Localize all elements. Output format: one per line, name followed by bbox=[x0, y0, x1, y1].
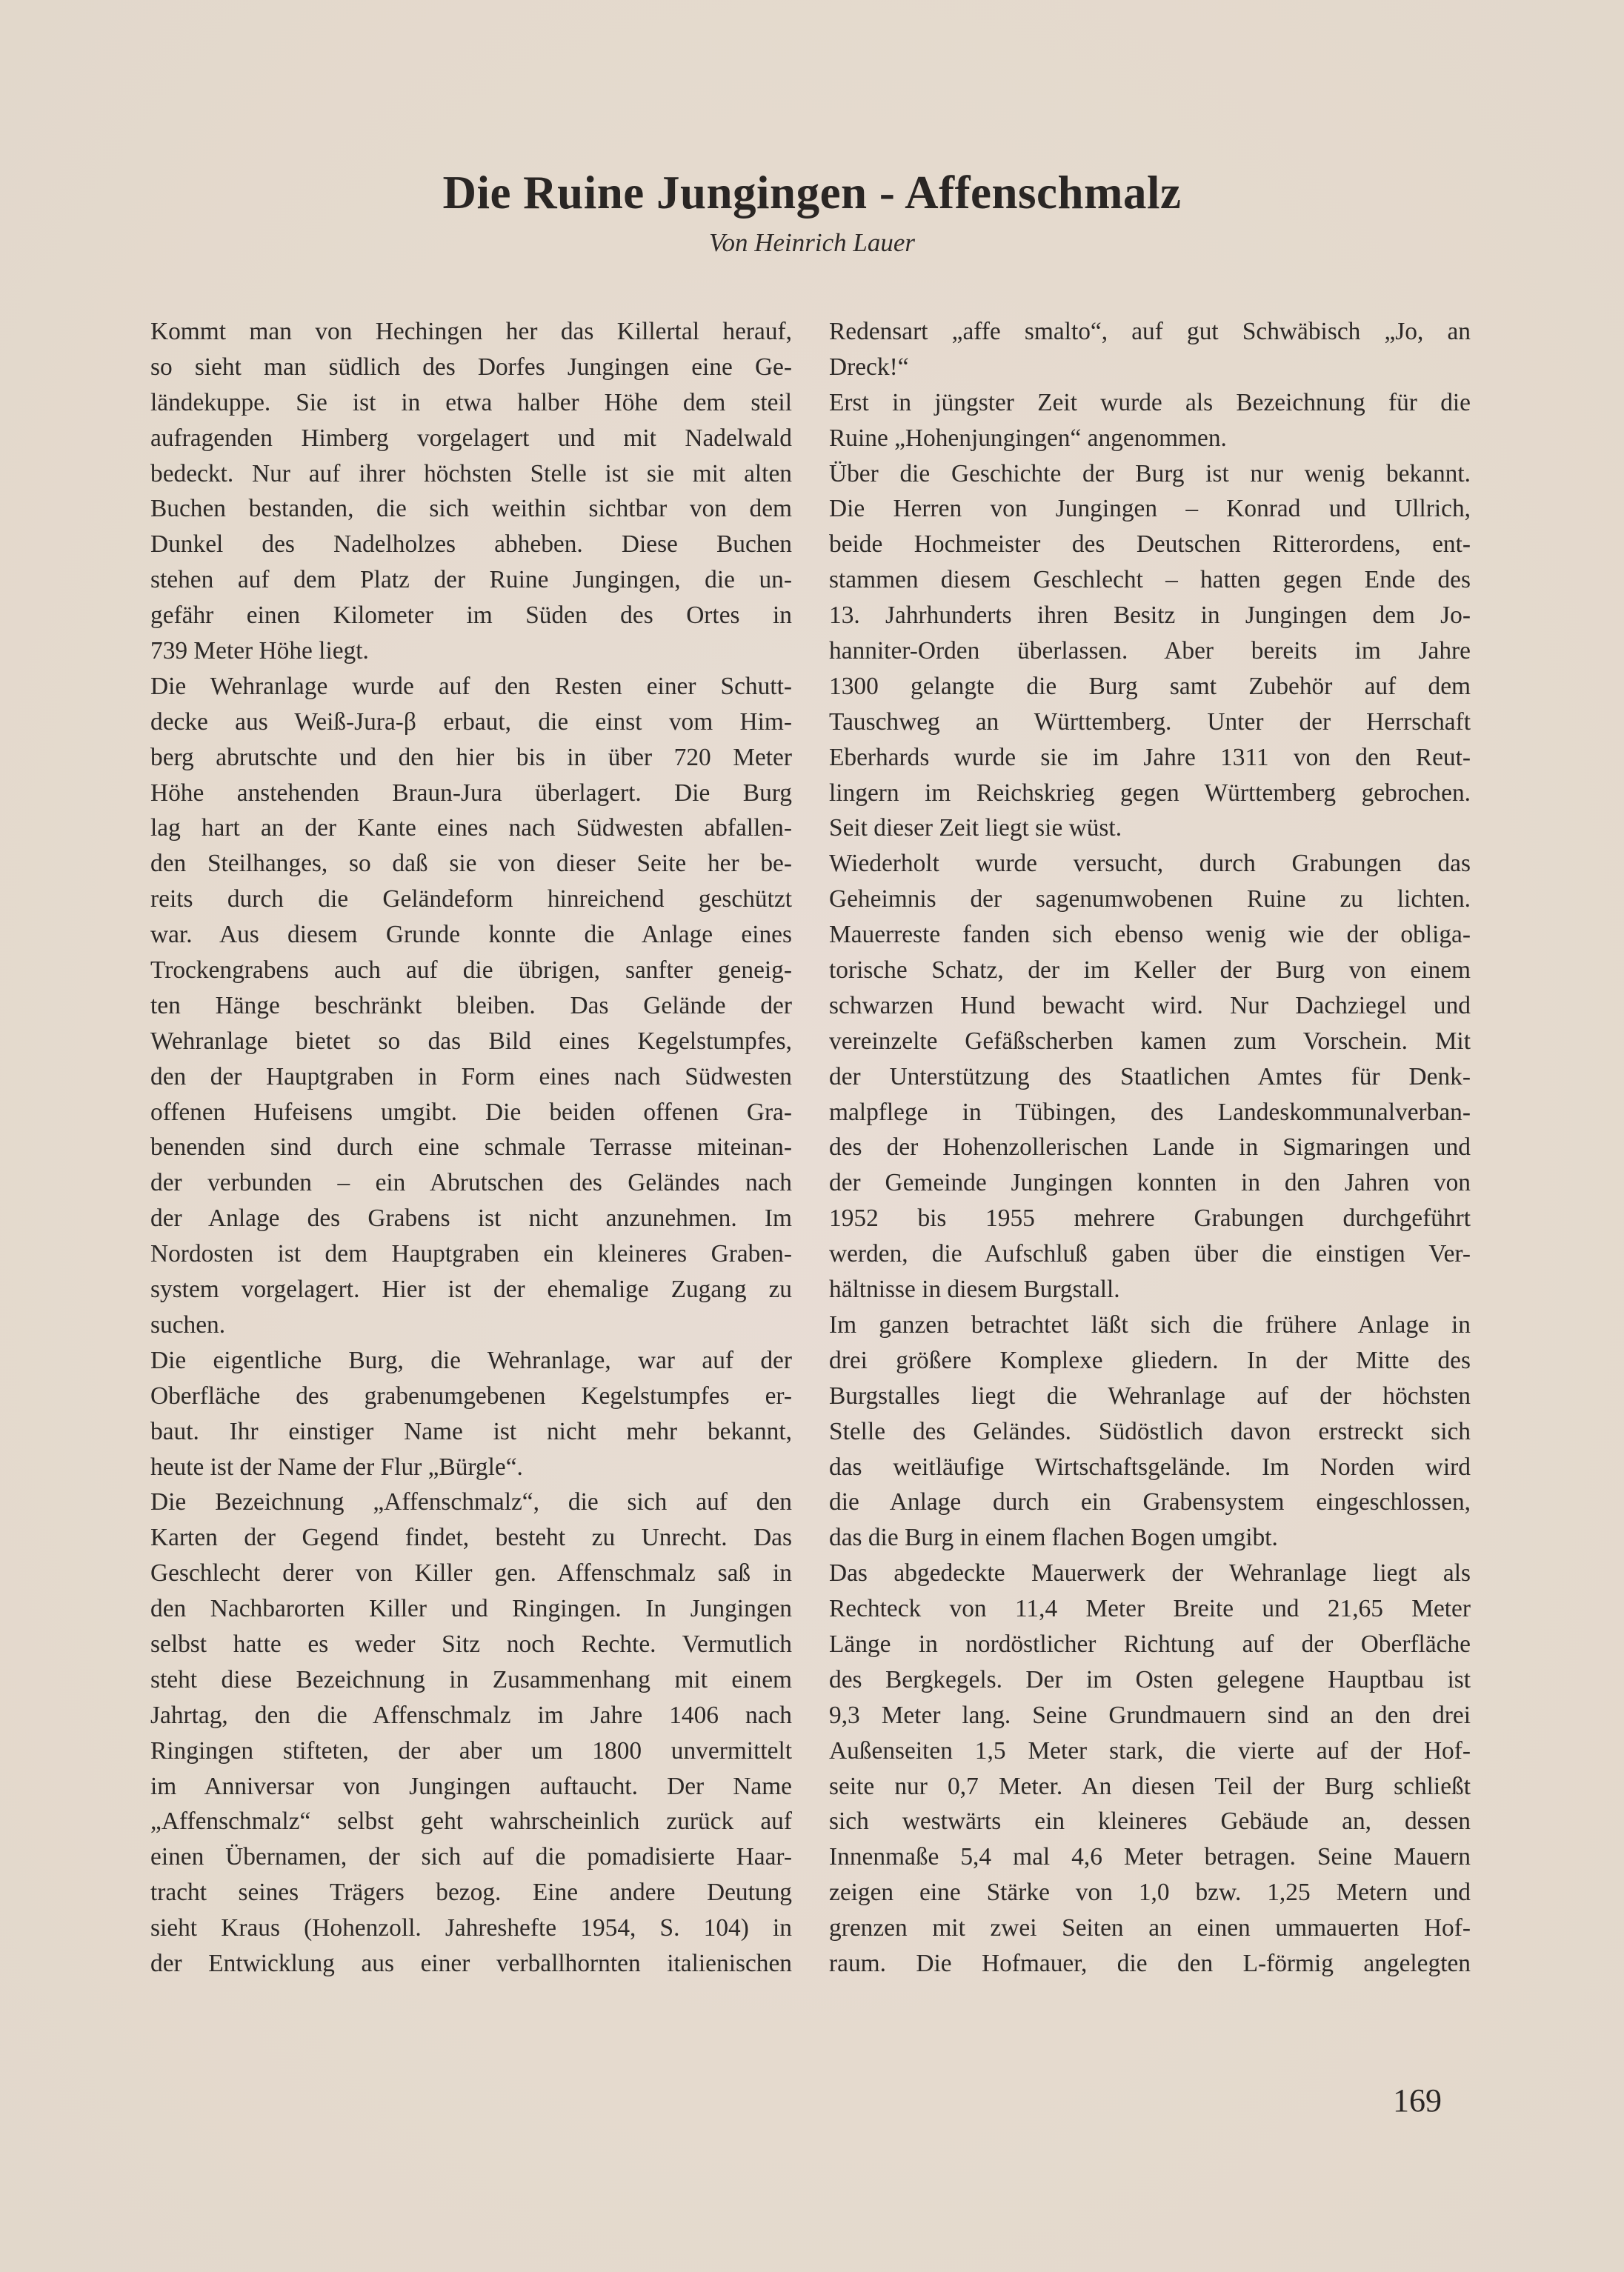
text-line: so sieht man südlich des Dorfes Junginge… bbox=[150, 350, 792, 385]
text-line: Wehranlage bietet so das Bild eines Kege… bbox=[150, 1024, 792, 1059]
text-line: raum. Die Hofmauer, die den L-förmig ang… bbox=[829, 1946, 1471, 1982]
text-column-left: Kommt man von Hechingen her das Killerta… bbox=[150, 314, 792, 1982]
text-line: Jahrtag, den die Affenschmalz im Jahre 1… bbox=[150, 1698, 792, 1733]
text-line: 739 Meter Höhe liegt. bbox=[150, 633, 792, 669]
text-line: Ruine „Hohenjungingen“ angenommen. bbox=[829, 421, 1471, 456]
text-line: Im ganzen betrachtet läßt sich die frühe… bbox=[829, 1307, 1471, 1343]
text-line: Innenmaße 5,4 mal 4,6 Meter betragen. Se… bbox=[829, 1839, 1471, 1875]
text-line: werden, die Aufschluß gaben über die ein… bbox=[829, 1236, 1471, 1272]
text-line: lingern im Reichskrieg gegen Württemberg… bbox=[829, 776, 1471, 811]
text-line: torische Schatz, der im Keller der Burg … bbox=[829, 953, 1471, 988]
text-line: Oberfläche des grabenumgebenen Kegelstum… bbox=[150, 1379, 792, 1414]
text-line: lag hart an der Kante eines nach Südwest… bbox=[150, 810, 792, 846]
text-line: Höhe anstehenden Braun-Jura überlagert. … bbox=[150, 776, 792, 811]
text-line: Wiederholt wurde versucht, durch Grabung… bbox=[829, 846, 1471, 882]
text-line: sieht Kraus (Hohenzoll. Jahreshefte 1954… bbox=[150, 1910, 792, 1946]
text-line: berg abrutschte und den hier bis in über… bbox=[150, 740, 792, 776]
text-line: das die Burg in einem flachen Bogen umgi… bbox=[829, 1520, 1471, 1556]
text-line: tracht seines Trägers bezog. Eine andere… bbox=[150, 1875, 792, 1910]
text-line: des der Hohenzollerischen Lande in Sigma… bbox=[829, 1130, 1471, 1165]
text-line: „Affenschmalz“ selbst geht wahrscheinlic… bbox=[150, 1804, 792, 1839]
text-line: der Anlage des Grabens ist nicht anzuneh… bbox=[150, 1201, 792, 1236]
text-line: der verbunden – ein Abrutschen des Gelän… bbox=[150, 1165, 792, 1201]
text-column-right: Redensart „affe smalto“, auf gut Schwäbi… bbox=[829, 314, 1471, 1982]
text-line: den Nachbarorten Killer und Ringingen. I… bbox=[150, 1591, 792, 1627]
text-line: 1300 gelangte die Burg samt Zubehör auf … bbox=[829, 669, 1471, 704]
text-line: gefähr einen Kilometer im Süden des Orte… bbox=[150, 598, 792, 633]
text-line: Dreck!“ bbox=[829, 350, 1471, 385]
text-line: Erst in jüngster Zeit wurde als Bezeichn… bbox=[829, 385, 1471, 421]
text-line: stehen auf dem Platz der Ruine Jungingen… bbox=[150, 562, 792, 598]
text-line: stammen diesem Geschlecht – hatten gegen… bbox=[829, 562, 1471, 598]
text-line: Mauerreste fanden sich ebenso wenig wie … bbox=[829, 917, 1471, 953]
text-line: Tauschweg an Württemberg. Unter der Herr… bbox=[829, 704, 1471, 740]
text-line: Länge in nordöstlicher Richtung auf der … bbox=[829, 1627, 1471, 1662]
text-line: hältnisse in diesem Burgstall. bbox=[829, 1272, 1471, 1307]
text-line: Stelle des Geländes. Südöstlich davon er… bbox=[829, 1414, 1471, 1450]
text-line: der Entwicklung aus einer verballhornten… bbox=[150, 1946, 792, 1982]
text-line: Rechteck von 11,4 Meter Breite und 21,65… bbox=[829, 1591, 1471, 1627]
text-line: Kommt man von Hechingen her das Killerta… bbox=[150, 314, 792, 350]
text-line: Nordosten ist dem Hauptgraben ein kleine… bbox=[150, 1236, 792, 1272]
text-line: Buchen bestanden, die sich weithin sicht… bbox=[150, 491, 792, 527]
text-line: reits durch die Geländeform hinreichend … bbox=[150, 882, 792, 917]
text-line: war. Aus diesem Grunde konnte die Anlage… bbox=[150, 917, 792, 953]
text-line: Geschlecht derer von Killer gen. Affensc… bbox=[150, 1556, 792, 1591]
text-line: selbst hatte es weder Sitz noch Rechte. … bbox=[150, 1627, 792, 1662]
text-line: schwarzen Hund bewacht wird. Nur Dachzie… bbox=[829, 988, 1471, 1024]
text-line: beide Hochmeister des Deutschen Ritteror… bbox=[829, 527, 1471, 562]
text-line: der Unterstützung des Staatlichen Amtes … bbox=[829, 1059, 1471, 1095]
text-line: zeigen eine Stärke von 1,0 bzw. 1,25 Met… bbox=[829, 1875, 1471, 1910]
text-line: Redensart „affe smalto“, auf gut Schwäbi… bbox=[829, 314, 1471, 350]
text-line: seite nur 0,7 Meter. An diesen Teil der … bbox=[829, 1769, 1471, 1805]
text-line: aufragenden Himberg vorgelagert und mit … bbox=[150, 421, 792, 456]
text-line: das weitläufige Wirtschaftsgelände. Im N… bbox=[829, 1450, 1471, 1485]
text-line: Ringingen stifteten, der aber um 1800 un… bbox=[150, 1733, 792, 1769]
text-line: benenden sind durch eine schmale Terrass… bbox=[150, 1130, 792, 1165]
text-line: Die eigentliche Burg, die Wehranlage, wa… bbox=[150, 1343, 792, 1379]
text-line: Karten der Gegend findet, besteht zu Unr… bbox=[150, 1520, 792, 1556]
text-line: baut. Ihr einstiger Name ist nicht mehr … bbox=[150, 1414, 792, 1450]
text-line: sich westwärts ein kleineres Gebäude an,… bbox=[829, 1804, 1471, 1839]
text-line: system vorgelagert. Hier ist der ehemali… bbox=[150, 1272, 792, 1307]
text-line: Die Wehranlage wurde auf den Resten eine… bbox=[150, 669, 792, 704]
text-line: steht diese Bezeichnung in Zusammenhang … bbox=[150, 1662, 792, 1698]
text-line: offenen Hufeisens umgibt. Die beiden off… bbox=[150, 1095, 792, 1130]
text-line: den Steilhanges, so daß sie von dieser S… bbox=[150, 846, 792, 882]
page-number: 169 bbox=[1393, 2080, 1442, 2122]
text-line: 1952 bis 1955 mehrere Grabungen durchgef… bbox=[829, 1201, 1471, 1236]
text-line: der Gemeinde Jungingen konnten in den Ja… bbox=[829, 1165, 1471, 1201]
text-line: ländekuppe. Sie ist in etwa halber Höhe … bbox=[150, 385, 792, 421]
text-line: den der Hauptgraben in Form eines nach S… bbox=[150, 1059, 792, 1095]
text-line: Außenseiten 1,5 Meter stark, die vierte … bbox=[829, 1733, 1471, 1769]
text-line: Eberhards wurde sie im Jahre 1311 von de… bbox=[829, 740, 1471, 776]
text-line: suchen. bbox=[150, 1307, 792, 1343]
article-title: Die Ruine Jungingen - Affenschmalz bbox=[0, 163, 1624, 222]
text-line: Über die Geschichte der Burg ist nur wen… bbox=[829, 456, 1471, 492]
article-byline: Von Heinrich Lauer bbox=[0, 225, 1624, 261]
text-line: ten Hänge beschränkt bleiben. Das Geländ… bbox=[150, 988, 792, 1024]
text-line: grenzen mit zwei Seiten an einen ummauer… bbox=[829, 1910, 1471, 1946]
text-line: drei größere Komplexe gliedern. In der M… bbox=[829, 1343, 1471, 1379]
text-line: Die Herren von Jungingen – Konrad und Ul… bbox=[829, 491, 1471, 527]
text-line: im Anniversar von Jungingen auftaucht. D… bbox=[150, 1769, 792, 1805]
text-line: 9,3 Meter lang. Seine Grundmauern sind a… bbox=[829, 1698, 1471, 1733]
text-line: Seit dieser Zeit liegt sie wüst. bbox=[829, 810, 1471, 846]
text-line: decke aus Weiß-Jura-β erbaut, die einst … bbox=[150, 704, 792, 740]
text-line: Die Bezeichnung „Affenschmalz“, die sich… bbox=[150, 1485, 792, 1520]
text-line: Das abgedeckte Mauerwerk der Wehranlage … bbox=[829, 1556, 1471, 1591]
text-line: hanniter-Orden überlassen. Aber bereits … bbox=[829, 633, 1471, 669]
text-line: Dunkel des Nadelholzes abheben. Diese Bu… bbox=[150, 527, 792, 562]
text-line: bedeckt. Nur auf ihrer höchsten Stelle i… bbox=[150, 456, 792, 492]
text-line: die Anlage durch ein Grabensystem einges… bbox=[829, 1485, 1471, 1520]
text-line: Burgstalles liegt die Wehranlage auf der… bbox=[829, 1379, 1471, 1414]
text-line: Trockengrabens auch auf die übrigen, san… bbox=[150, 953, 792, 988]
text-line: einen Übernamen, der sich auf die pomadi… bbox=[150, 1839, 792, 1875]
text-line: 13. Jahrhunderts ihren Besitz in Junging… bbox=[829, 598, 1471, 633]
text-line: malpflege in Tübingen, des Landeskommuna… bbox=[829, 1095, 1471, 1130]
text-line: vereinzelte Gefäßscherben kamen zum Vors… bbox=[829, 1024, 1471, 1059]
text-line: Geheimnis der sagenumwobenen Ruine zu li… bbox=[829, 882, 1471, 917]
text-line: heute ist der Name der Flur „Bürgle“. bbox=[150, 1450, 792, 1485]
text-line: des Bergkegels. Der im Osten gelegene Ha… bbox=[829, 1662, 1471, 1698]
